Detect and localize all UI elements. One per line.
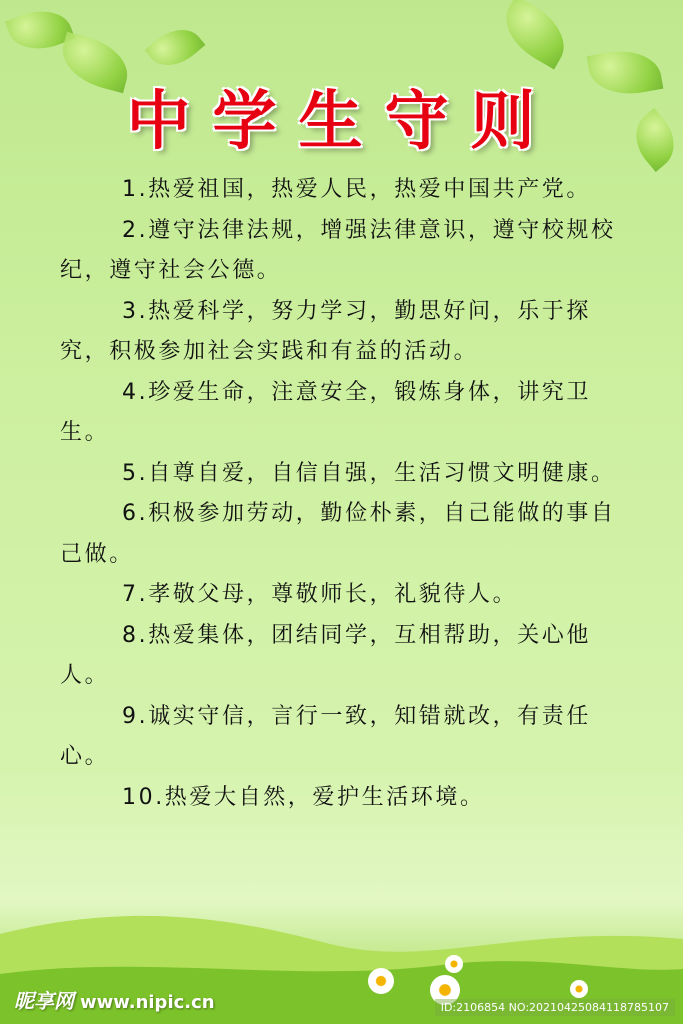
rule-item: 6.积极参加劳动，勤俭朴素，自己能做的事自己做。	[60, 494, 630, 575]
daisy-icon	[570, 980, 588, 998]
watermark-brand: 昵享网	[14, 989, 74, 1013]
rule-item: 10.热爱大自然，爱护生活环境。	[60, 778, 630, 819]
watermark-url: www.nipic.cn	[80, 992, 215, 1013]
leaf-decoration	[145, 18, 206, 77]
daisy-icon	[445, 955, 463, 973]
rule-item: 1.热爱祖国，热爱人民，热爱中国共产党。	[60, 170, 630, 211]
rule-item: 3.热爱科学，努力学习，勤思好问，乐于探究，积极参加社会实践和有益的活动。	[60, 292, 630, 373]
watermark: 昵享网www.nipic.cn	[14, 985, 215, 1014]
page-title: 中学生守则	[0, 70, 683, 162]
daisy-icon	[368, 968, 394, 994]
rule-item: 9.诚实守信，言行一致，知错就改，有责任心。	[60, 697, 630, 778]
rule-item: 4.珍爱生命，注意安全，锻炼身体，讲究卫生。	[60, 373, 630, 454]
rule-item: 8.热爱集体，团结同学，互相帮助，关心他人。	[60, 616, 630, 697]
leaf-decoration	[493, 0, 576, 69]
rule-item: 5.自尊自爱，自信自强，生活习惯文明健康。	[60, 454, 630, 495]
rule-item: 2.遵守法律法规，增强法律意识，遵守校规校纪，遵守社会公德。	[60, 211, 630, 292]
rules-list: 1.热爱祖国，热爱人民，热爱中国共产党。 2.遵守法律法规，增强法律意识，遵守校…	[60, 170, 630, 818]
image-id: ID:2106854 NO:20210425084118785107	[435, 999, 675, 1016]
rule-item: 7.孝敬父母，尊敬师长，礼貌待人。	[60, 575, 630, 616]
